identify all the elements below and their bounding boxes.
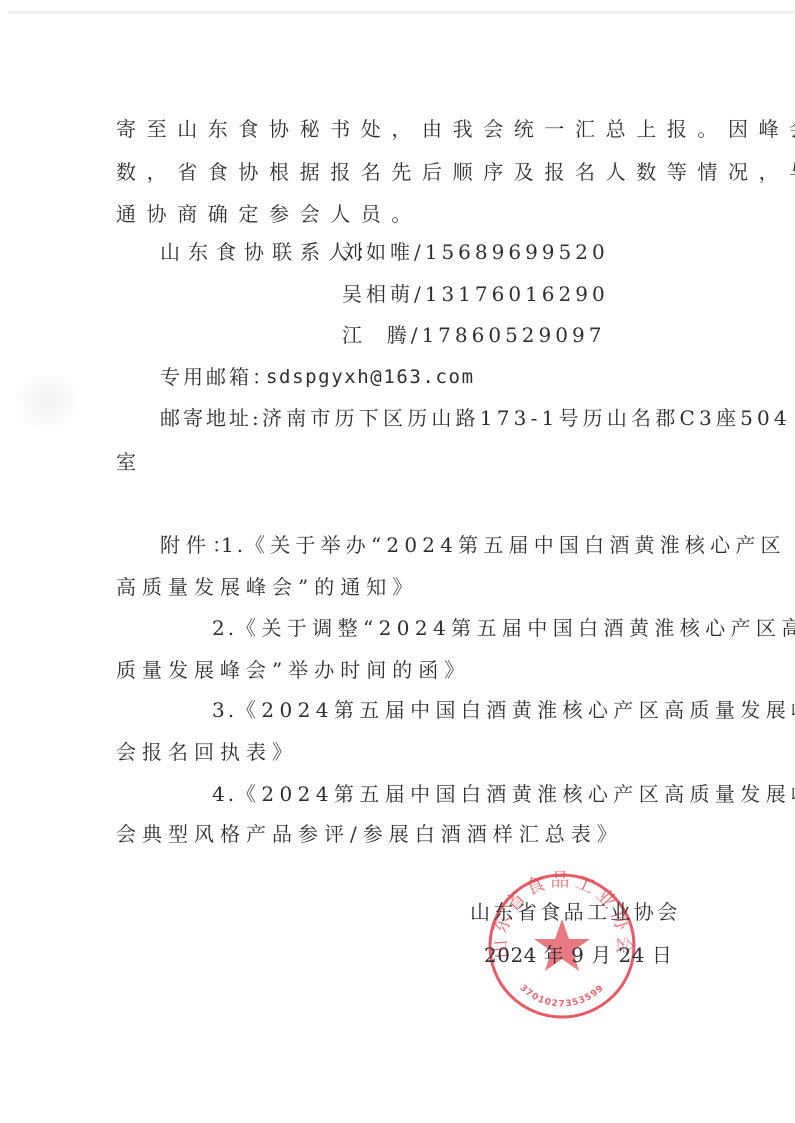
attachment-3-number: 3.: [212, 698, 237, 722]
scan-page-edge: [8, 11, 795, 14]
signature-date: 2024 年 9 月 24 日: [484, 943, 672, 967]
address-label: 邮寄地址:: [160, 406, 262, 430]
attachment-2-line-1: 《关于调整“2024第五届中国白酒黄淮核心产区高: [236, 616, 795, 640]
email-label: 专用邮箱：: [160, 365, 275, 389]
contact-2: 吴相萌/13176016290: [342, 282, 609, 306]
scan-smudge: [12, 372, 82, 432]
paragraph-line-1: 寄至山东食协秘书处，由我会统一汇总上报。因峰会限制参会人: [116, 117, 795, 141]
paragraph-line-3: 通协商确定参会人员。: [116, 202, 422, 226]
attachment-2-number: 2.: [212, 616, 237, 640]
signature-organization: 山东省食品工业协会: [470, 900, 681, 924]
attachment-3-line-2: 会报名回执表》: [116, 740, 298, 764]
attachment-1-line-2: 高质量发展峰会”的通知》: [116, 575, 418, 599]
svg-text:3701027353599: 3701027353599: [518, 983, 607, 1009]
email-address[interactable]: sdspgyxh@163.com: [266, 365, 475, 389]
contact-1: 刘如唯/15689699520: [342, 240, 609, 264]
address-line-1: 济南市历下区历山路173-1号历山名郡C3座504: [262, 406, 791, 430]
attachment-4-line-2: 会典型风格产品参评/参展白酒酒样汇总表》: [116, 822, 623, 846]
address-line-2: 室: [116, 450, 147, 474]
attachment-4-number: 4.: [212, 782, 237, 806]
attachment-1-line-1: 《关于举办“2024第五届中国白酒黄淮核心产区: [245, 533, 786, 557]
attachment-4-line-1: 《2024第五届中国白酒黄淮核心产区高质量发展峰: [236, 782, 795, 806]
attachment-1-number: 1.: [221, 533, 246, 557]
attachment-3-line-1: 《2024第五届中国白酒黄淮核心产区高质量发展峰: [236, 698, 795, 722]
seal-code-text: 3701027353599: [518, 983, 607, 1009]
contact-3: 江 腾/17860529097: [342, 323, 605, 347]
attachment-2-line-2: 质量发展峰会”举办时间的函》: [116, 658, 470, 682]
paragraph-line-2: 数，省食协根据报名先后顺序及报名人数等情况，与报名企业沟: [116, 160, 795, 184]
